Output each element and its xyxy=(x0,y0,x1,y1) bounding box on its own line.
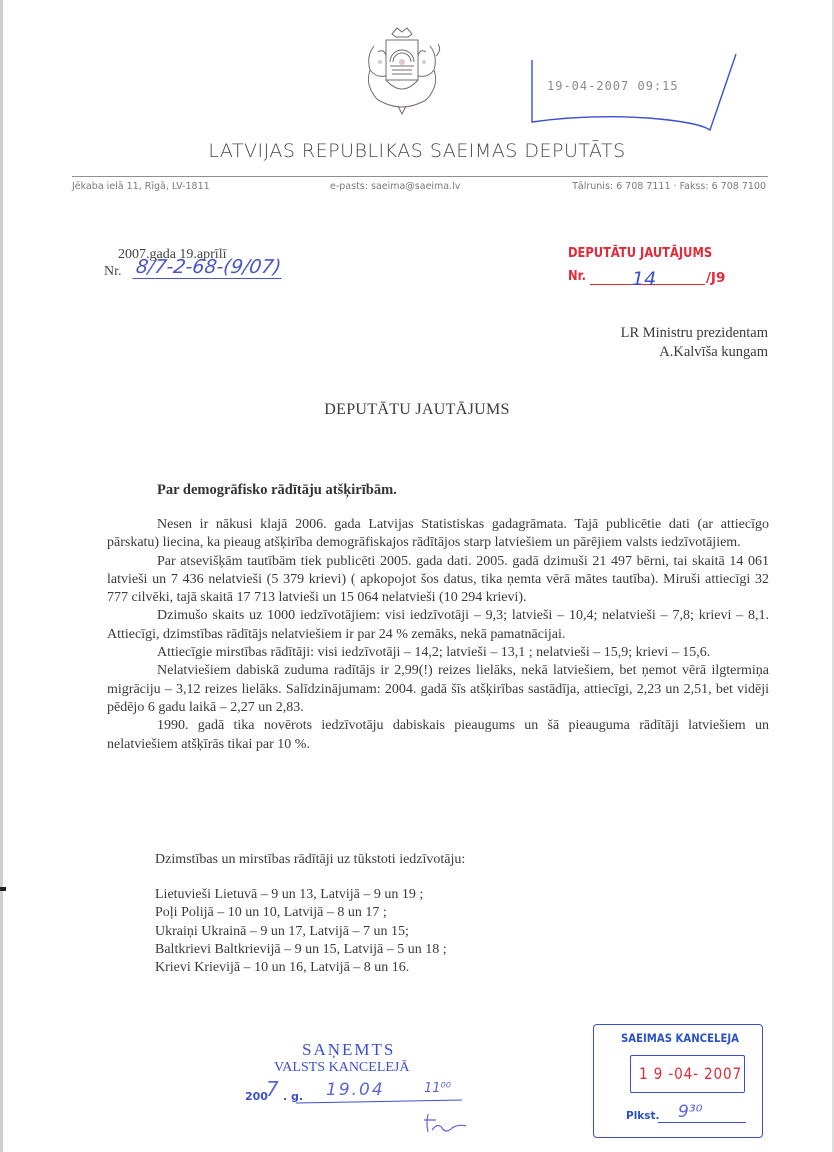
paragraph: Nesen ir nākusi klajā 2006. gada Latvija… xyxy=(107,516,769,553)
list-item: Ukraiņi Ukrainā – 9 un 17, Latvijā – 7 u… xyxy=(155,923,447,941)
letterhead-address: Jēkaba ielā 11, Rīgā, LV-1811 xyxy=(72,181,210,192)
scan-edge-left xyxy=(0,0,3,1152)
addressee: LR Ministru prezidentam A.Kalvīša kungam xyxy=(621,324,768,362)
registration-stamp-number: 14 xyxy=(632,268,656,290)
list-item: Baltkrievi Baltkrievijā – 9 un 15, Latvi… xyxy=(155,941,447,959)
chancellery-stamp-g-label: . g. xyxy=(283,1090,303,1103)
document-number-label: Nr. xyxy=(104,264,122,280)
saeima-stamp-time-label: Plkst. xyxy=(626,1110,660,1122)
coat-of-arms-icon xyxy=(352,22,452,122)
list-item: Lietuvieši Lietuvā – 9 un 13, Latvijā – … xyxy=(155,886,447,904)
paragraph: Dzimušo skaits uz 1000 iedzīvotājiem: vi… xyxy=(107,607,769,644)
document-title: DEPUTĀTU JAUTĀJUMS xyxy=(0,401,834,419)
paragraph: Par atsevišķām tautībām tiek publicēti 2… xyxy=(107,553,769,608)
chancellery-stamp-date-handwritten: 19.04 xyxy=(326,1080,385,1100)
scan-mark xyxy=(0,887,6,891)
addressee-line-2: A.Kalvīša kungam xyxy=(621,343,768,362)
paragraph: Nelatviešiem dabiskā zuduma radītājs ir … xyxy=(107,662,769,717)
addressee-line-1: LR Ministru prezidentam xyxy=(621,324,768,343)
signature-icon xyxy=(420,1108,470,1138)
document-number-handwritten: 8/7-2-68-(9/07) xyxy=(132,256,284,279)
chancellery-stamp-title: SAŅEMTS xyxy=(302,1040,395,1060)
list-item: Poļi Polijā – 10 un 10, Latvijā – 8 un 1… xyxy=(155,904,447,922)
paragraph: 1990. gadā tika novērots iedzīvotāju dab… xyxy=(107,717,769,754)
letterhead-email[interactable]: e-pasts: saeima@saeima.lv xyxy=(330,181,460,192)
document-body: Nesen ir nākusi klajā 2006. gada Latvija… xyxy=(107,516,769,754)
chancellery-stamp-subtitle: VALSTS KANCELEJĀ xyxy=(274,1060,409,1076)
letterhead-title: LATVIJAS REPUBLIKAS SAEIMAS DEPUTĀTS xyxy=(0,140,834,162)
chancellery-stamp-year-prefix: 200 xyxy=(245,1090,268,1103)
registration-stamp-nr-label: Nr. xyxy=(568,268,586,284)
saeima-stamp-time-line xyxy=(658,1122,746,1123)
saeima-stamp-title: SAEIMAS KANCELEJA xyxy=(621,1031,739,1045)
letterhead-phone-fax: Tālrunis: 6 708 7111 · Fakss: 6 708 7100 xyxy=(572,181,766,192)
list-item: Krievi Krievijā – 10 un 16, Latvijā – 8 … xyxy=(155,959,447,977)
registration-stamp-suffix: /J9 xyxy=(706,270,725,286)
chancellery-stamp-time-handwritten: 11⁰⁰ xyxy=(424,1081,451,1096)
paragraph: Attiecīgie mirstības rādītāji: visi iedz… xyxy=(107,644,769,662)
chancellery-stamp-year-handwritten: 7 xyxy=(266,1077,279,1101)
rates-list: Lietuvieši Lietuvā – 9 un 13, Latvijā – … xyxy=(155,886,447,977)
chancellery-stamp-line xyxy=(296,1100,462,1104)
saeima-stamp-date: 1 9 -04- 2007 xyxy=(639,1064,742,1083)
letterhead-divider xyxy=(72,176,768,177)
receipt-timestamp: 19-04-2007 09:15 xyxy=(547,79,679,93)
saeima-stamp-time-handwritten: 9³⁰ xyxy=(678,1102,702,1122)
document-subject: Par demogrāfisko rādītāju atšķirībām. xyxy=(157,482,397,499)
registration-stamp-title: DEPUTĀTU JAUTĀJUMS xyxy=(568,245,712,261)
list-intro: Dzimstības un mirstības rādītāji uz tūks… xyxy=(155,852,465,868)
